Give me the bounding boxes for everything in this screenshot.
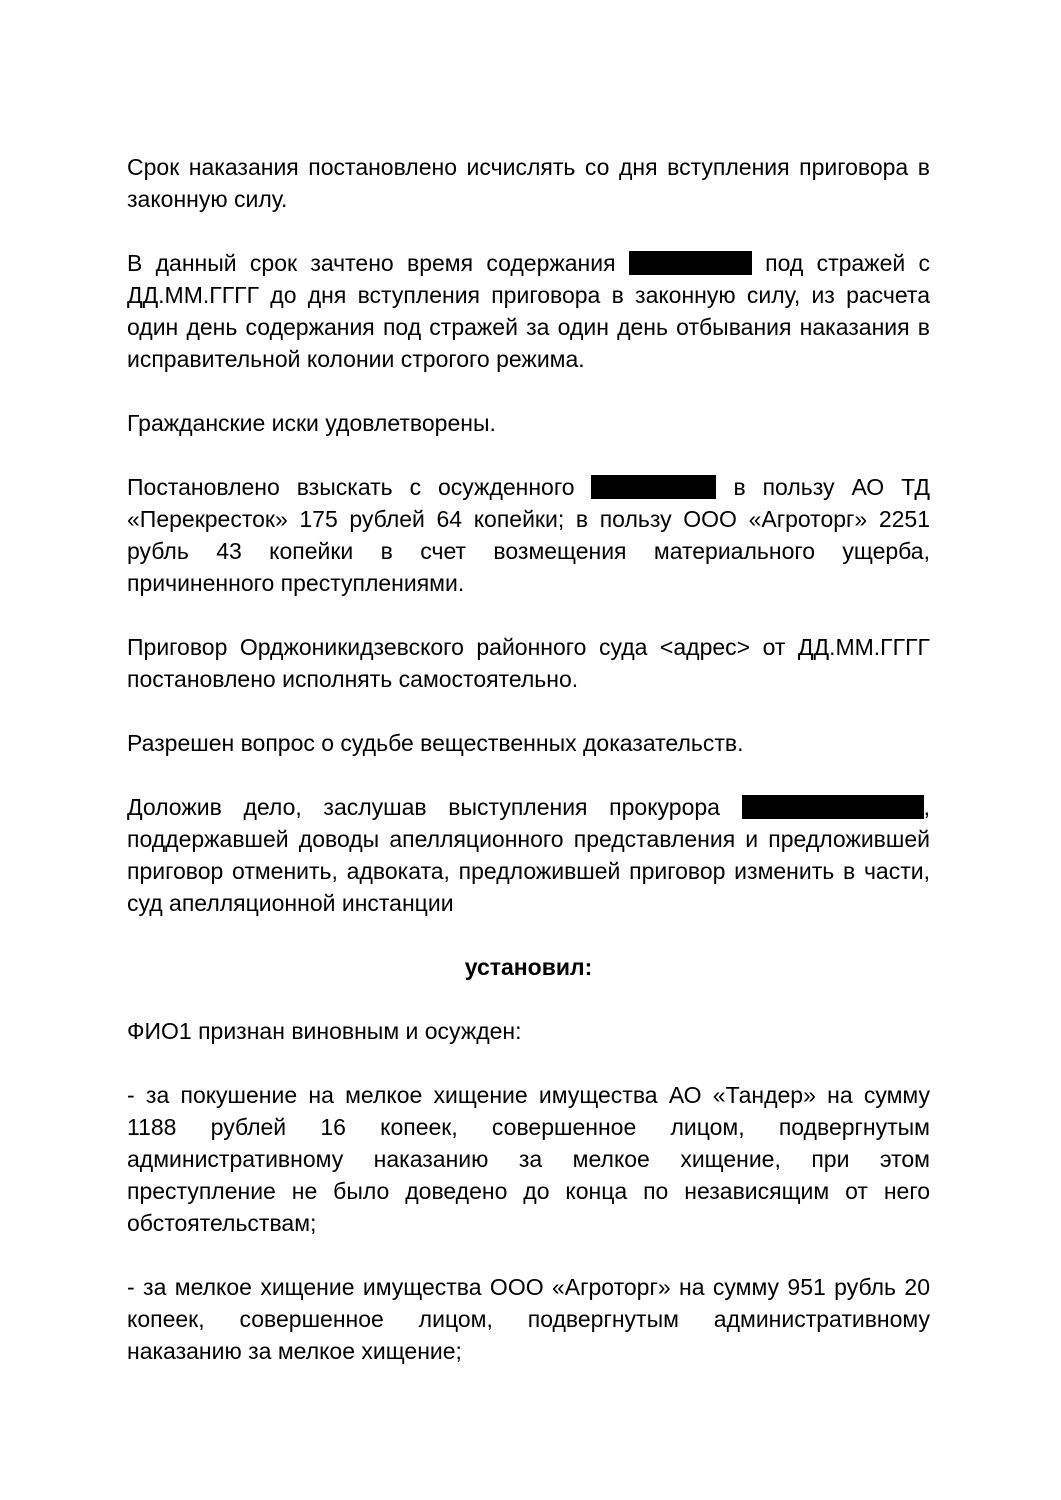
document-page: Срок наказания постановлено исчислять со… bbox=[0, 0, 1061, 1500]
paragraph-text: Разрешен вопрос о судьбе вещественных до… bbox=[127, 730, 744, 756]
paragraph-text: Гражданские иски удовлетворены. bbox=[127, 410, 496, 436]
redaction-bar bbox=[629, 251, 752, 275]
paragraph-text: Приговор Орджоникидзевского районного су… bbox=[127, 634, 930, 692]
redaction-bar bbox=[742, 795, 924, 819]
paragraph-recovery-order: Постановлено взыскать с осужденного в по… bbox=[127, 471, 930, 599]
paragraph-count-1: - за покушение на мелкое хищение имущест… bbox=[127, 1079, 930, 1239]
paragraph-prior-sentence: Приговор Орджоникидзевского районного су… bbox=[127, 631, 930, 695]
paragraph-term-start: Срок наказания постановлено исчислять со… bbox=[127, 151, 930, 215]
redaction-bar bbox=[591, 475, 716, 499]
heading-ustanovil: установил: bbox=[127, 951, 930, 983]
paragraph-text: ФИО1 признан виновным и осужден: bbox=[127, 1018, 522, 1044]
text-before-redaction: Доложив дело, заслушав выступления проку… bbox=[127, 794, 720, 820]
text-before-redaction: В данный срок зачтено время содержания bbox=[127, 250, 616, 276]
paragraph-text: - за покушение на мелкое хищение имущест… bbox=[127, 1082, 930, 1236]
heading-text: установил: bbox=[465, 954, 593, 980]
paragraph-text: - за мелкое хищение имущества ООО «Агрот… bbox=[127, 1274, 930, 1364]
paragraph-custody-credit: В данный срок зачтено время содержания п… bbox=[127, 247, 930, 375]
paragraph-civil-claims: Гражданские иски удовлетворены. bbox=[127, 407, 930, 439]
paragraph-hearing-report: Доложив дело, заслушав выступления проку… bbox=[127, 791, 930, 919]
paragraph-evidence-question: Разрешен вопрос о судьбе вещественных до… bbox=[127, 727, 930, 759]
text-before-redaction: Постановлено взыскать с осужденного bbox=[127, 474, 575, 500]
paragraph-found-guilty: ФИО1 признан виновным и осужден: bbox=[127, 1015, 930, 1047]
document-body: Срок наказания постановлено исчислять со… bbox=[127, 151, 930, 1367]
paragraph-text: Срок наказания постановлено исчислять со… bbox=[127, 154, 930, 212]
paragraph-count-2: - за мелкое хищение имущества ООО «Агрот… bbox=[127, 1271, 930, 1367]
